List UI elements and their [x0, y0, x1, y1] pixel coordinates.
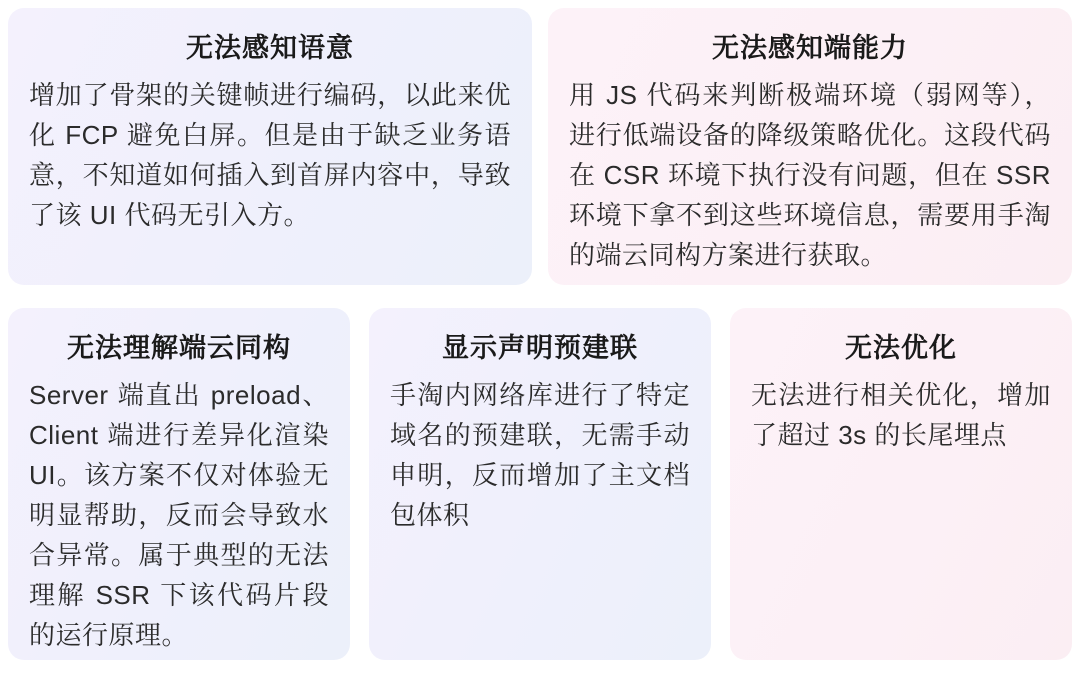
card-title: 显示声明预建联	[390, 330, 690, 366]
cards-row-top: 无法感知语意 增加了骨架的关键帧进行编码，以此来优化 FCP 避免白屏。但是由于…	[8, 8, 1072, 285]
card-body: Server 端直出 preload、Client 端进行差异化渲染 UI。该方…	[29, 375, 329, 655]
card-body: 手淘内网络库进行了特定域名的预建联，无需手动申明，反而增加了主文档包体积	[390, 375, 690, 535]
card-unable-to-understand-client-cloud-isomorphism: 无法理解端云同构 Server 端直出 preload、Client 端进行差异…	[8, 308, 350, 660]
card-title: 无法感知端能力	[569, 30, 1051, 66]
card-unable-to-perceive-semantics: 无法感知语意 增加了骨架的关键帧进行编码，以此来优化 FCP 避免白屏。但是由于…	[8, 8, 532, 285]
card-title: 无法理解端云同构	[29, 330, 329, 366]
card-explicit-preconnect-declaration: 显示声明预建联 手淘内网络库进行了特定域名的预建联，无需手动申明，反而增加了主文…	[369, 308, 711, 660]
card-body: 用 JS 代码来判断极端环境（弱网等），进行低端设备的降级策略优化。这段代码在 …	[569, 75, 1051, 275]
card-title: 无法优化	[751, 330, 1051, 366]
card-body: 增加了骨架的关键帧进行编码，以此来优化 FCP 避免白屏。但是由于缺乏业务语意，…	[29, 75, 511, 235]
card-body: 无法进行相关优化，增加了超过 3s 的长尾埋点	[751, 375, 1051, 455]
card-title: 无法感知语意	[29, 30, 511, 66]
card-unable-to-perceive-device-capability: 无法感知端能力 用 JS 代码来判断极端环境（弱网等），进行低端设备的降级策略优…	[548, 8, 1072, 285]
cards-row-bottom: 无法理解端云同构 Server 端直出 preload、Client 端进行差异…	[8, 308, 1072, 660]
card-unable-to-optimize: 无法优化 无法进行相关优化，增加了超过 3s 的长尾埋点	[730, 308, 1072, 660]
issue-cards-board: 无法感知语意 增加了骨架的关键帧进行编码，以此来优化 FCP 避免白屏。但是由于…	[0, 0, 1080, 674]
